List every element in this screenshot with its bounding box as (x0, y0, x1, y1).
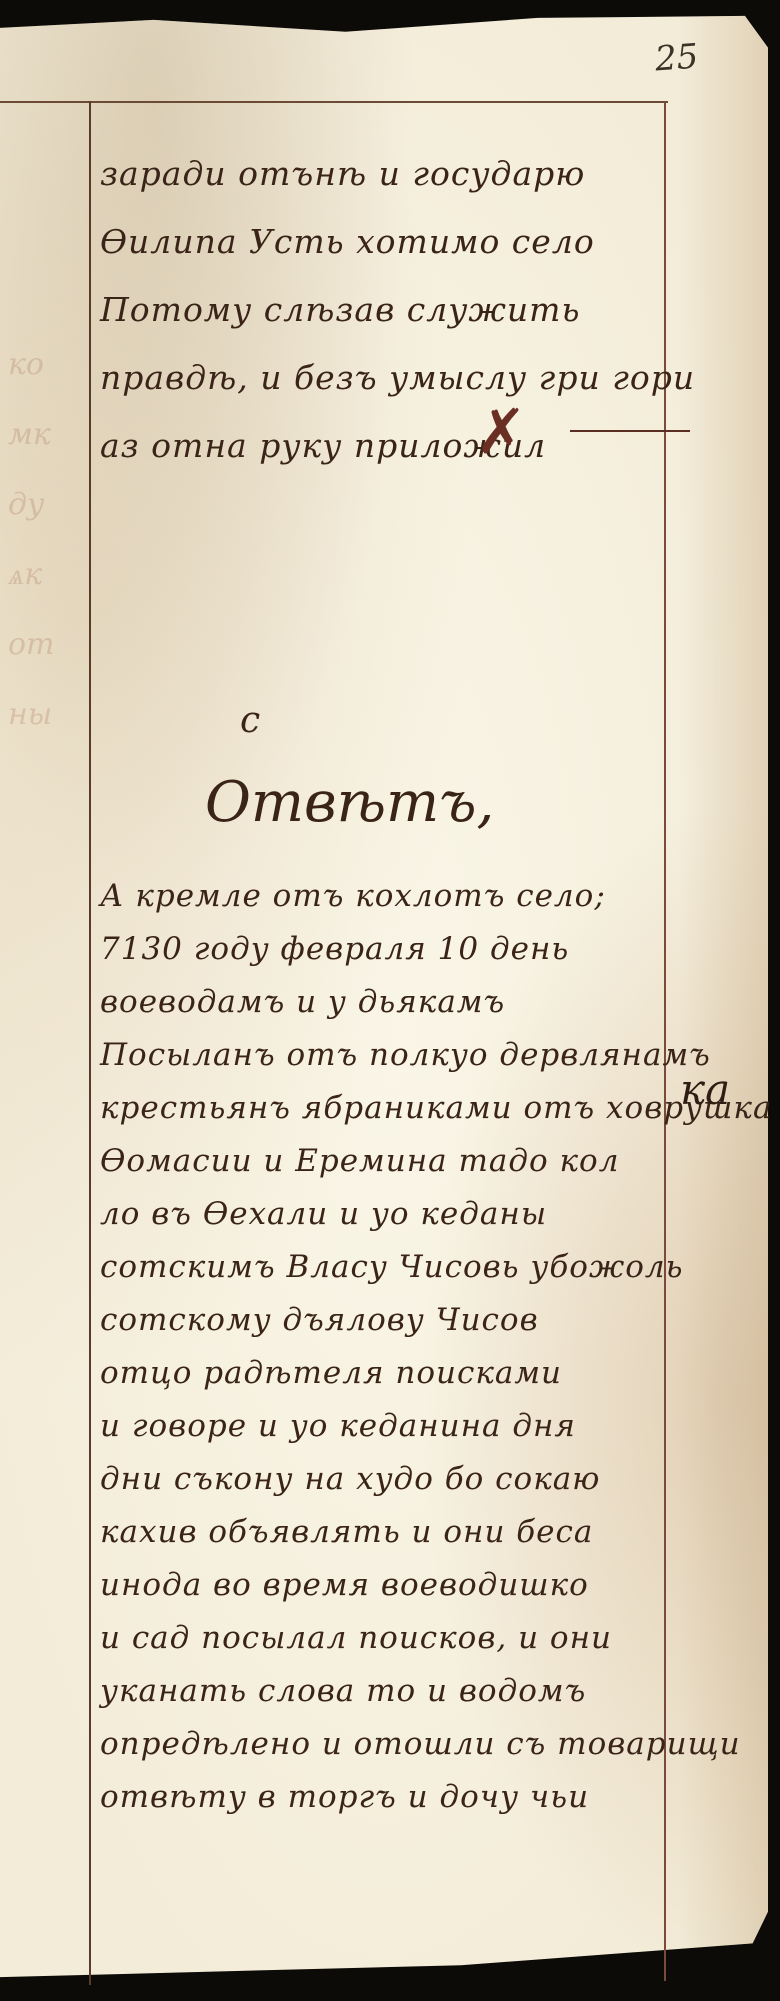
bleed-through-text: ко мк ду ѧк от ны (8, 330, 78, 750)
text-line: Ѳилипа Усть хотимо село (100, 208, 670, 276)
ruled-frame-top (0, 101, 668, 103)
body-text-section: А кремле отъ кохлотъ село; 7130 году фев… (100, 870, 670, 1824)
text-line: крестьянъ ябраниками отъ ховрушка (100, 1082, 670, 1135)
text-line: и сад посылал поисков, и они (100, 1612, 670, 1665)
text-line: уканать слова то и водомъ (100, 1665, 670, 1718)
text-line: инода во время воеводишко (100, 1559, 670, 1612)
text-line: аз отна руку приложил (100, 412, 670, 480)
text-line: воеводамъ и у дьякамъ (100, 976, 670, 1029)
top-text-section: заради отънѣ и государю Ѳилипа Усть хоти… (100, 140, 670, 480)
text-line: Посыланъ отъ полкуо дервлянамъ (100, 1029, 670, 1082)
folio-number: 25 (654, 37, 700, 80)
text-line: А кремле отъ кохлотъ село; (100, 870, 670, 923)
date-line: 7130 году февраля 10 день (100, 923, 670, 976)
paper-edge-shading (678, 8, 768, 1991)
text-line: Ѳомасии и Еремина тадо кол (100, 1135, 670, 1188)
text-line: дни съкону на худо бо сокаю (100, 1453, 670, 1506)
text-line: ло въ Ѳехали и уо кеданы (100, 1188, 670, 1241)
signature-underline (570, 430, 690, 432)
text-line: и говоре и уо кеданина дня (100, 1400, 670, 1453)
text-line: отцо радѣтеля поисками (100, 1347, 670, 1400)
ruled-frame-left (89, 101, 91, 1991)
section-heading: Отвѣтъ, (205, 770, 494, 835)
heading-superscript: с (240, 700, 260, 741)
text-line: правдѣ, и безъ умыслу гри гори (100, 344, 670, 412)
text-line: Потому слѣзав служить (100, 276, 670, 344)
text-line: заради отънѣ и государю (100, 140, 670, 208)
text-line: опредѣлено и отошли съ товарищи (100, 1718, 670, 1771)
text-line: отвѣту в торгъ и дочу чьи (100, 1771, 670, 1824)
text-line: сотскому дъялову Чисов (100, 1294, 670, 1347)
text-line: кахив объявлять и они беса (100, 1506, 670, 1559)
right-margin-note: ка (680, 1065, 730, 1114)
signature-cross-mark-icon: ✗ (475, 395, 527, 468)
scan-bottom-edge (0, 1985, 780, 2001)
text-line: сотскимъ Власу Чисовь убожоль (100, 1241, 670, 1294)
